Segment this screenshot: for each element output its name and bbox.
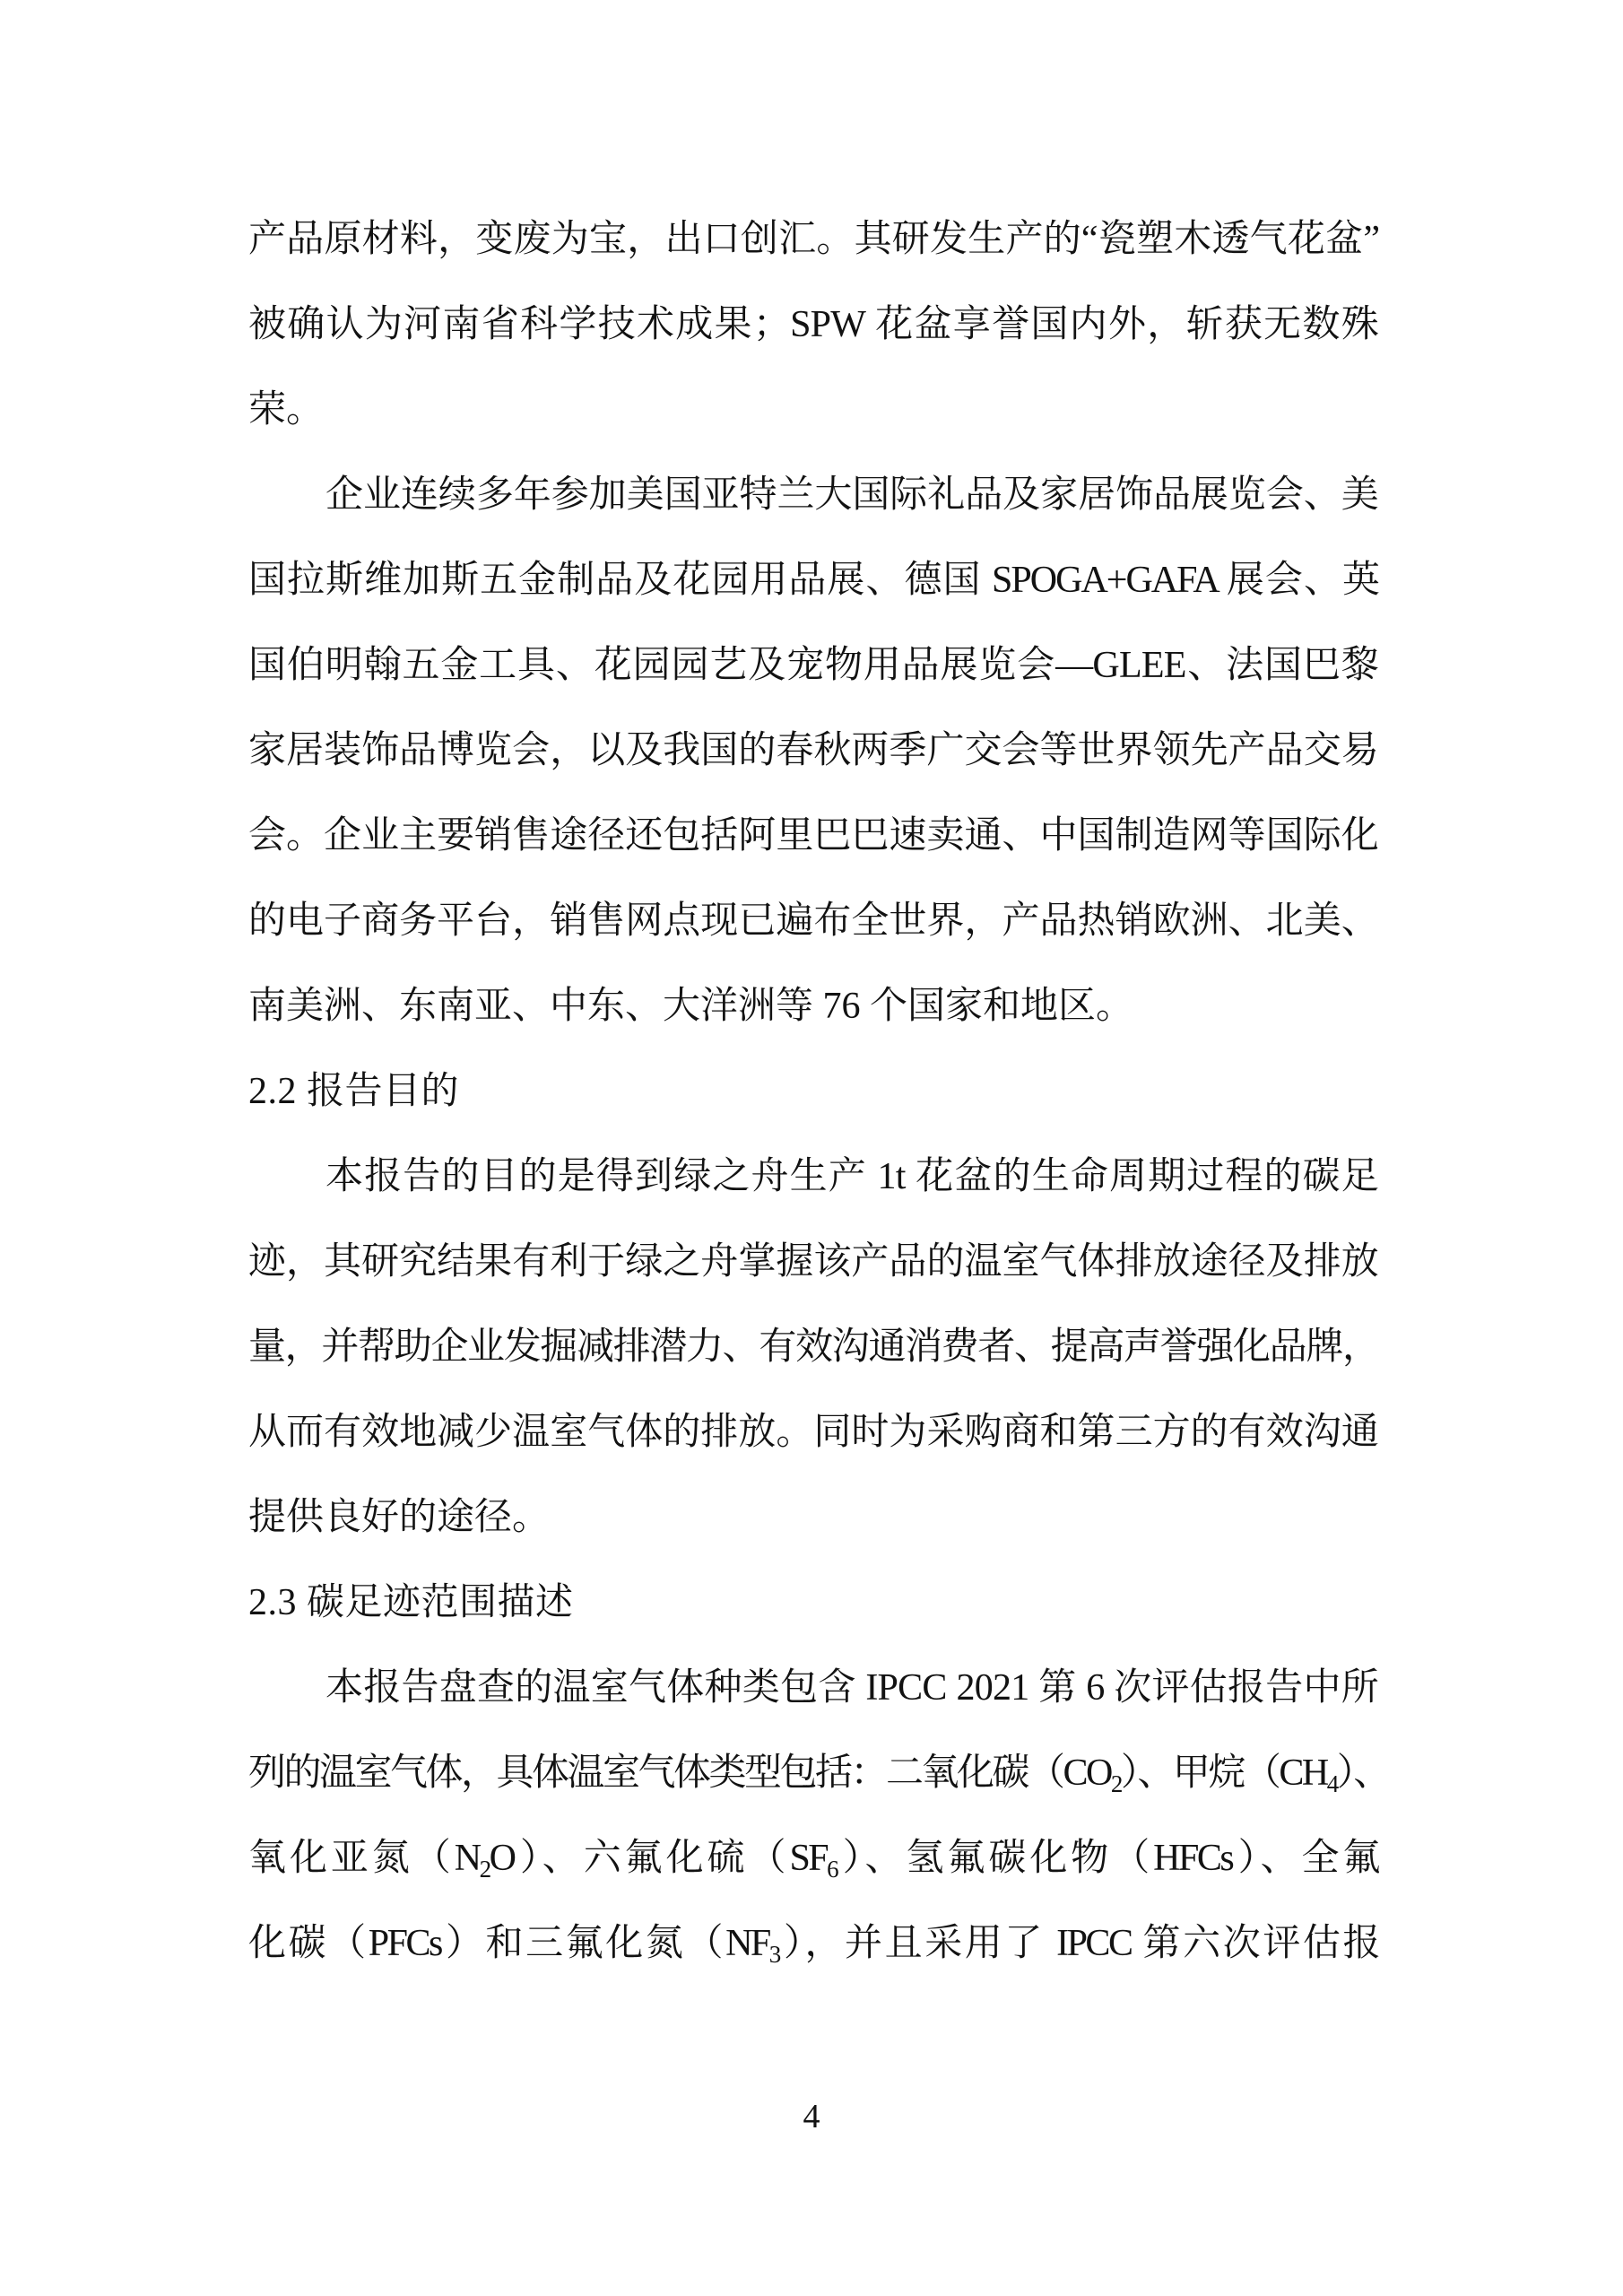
- text-line: 产品原材料，变废为宝，出口创汇。其研发生产的“瓷塑木透气花盆”: [248, 197, 1378, 283]
- text-segment: O）、六氟化硫（SF: [490, 1838, 828, 1879]
- text-line: 本报告的目的是得到绿之舟生产 1t 花盆的生命周期过程的碳足: [248, 1135, 1378, 1220]
- text-line: 家居装饰品博览会，以及我国的春秋两季广交会等世界领先产品交易: [248, 709, 1378, 794]
- text-line: 化碳（PFCs）和三氟化氮（NF3），并且采用了 IPCC 第六次评估报: [248, 1901, 1378, 1987]
- text-segment: 产品原材料，变废为宝，出口创汇。其研发生产的“瓷塑木透气花盆”: [248, 219, 1378, 260]
- text-line: 迹，其研究结果有利于绿之舟掌握该产品的温室气体排放途径及排放: [248, 1220, 1378, 1305]
- text-segment: 量，并帮助企业发掘减排潜力、有效沟通消费者、提高声誉强化品牌，: [248, 1326, 1378, 1368]
- text-line: 量，并帮助企业发掘减排潜力、有效沟通消费者、提高声誉强化品牌，: [248, 1305, 1378, 1390]
- text-segment: ），并且采用了 IPCC 第六次评估报: [779, 1923, 1378, 1964]
- text-segment: 企业连续多年参加美国亚特兰大国际礼品及家居饰品展览会、美: [325, 474, 1378, 516]
- text-segment: ）、甲烷（CH: [1121, 1752, 1327, 1794]
- text-segment: 的电子商务平台，销售网点现已遍布全世界，产品热销欧洲、北美、: [248, 900, 1378, 942]
- text-line: 被确认为河南省科学技术成果；SPW 花盆享誉国内外，斩获无数殊: [248, 283, 1378, 368]
- text-segment: 被确认为河南省科学技术成果；SPW 花盆享誉国内外，斩获无数殊: [248, 304, 1378, 345]
- text-line: 国伯明翰五金工具、花园园艺及宠物用品展览会—GLEE、法国巴黎: [248, 623, 1378, 709]
- page-number: 4: [0, 2095, 1623, 2138]
- text-segment: 会。企业主要销售途径还包括阿里巴巴速卖通、中国制造网等国际化: [248, 815, 1378, 857]
- text-segment: 从而有效地减少温室气体的排放。同时为采购商和第三方的有效沟通: [248, 1412, 1378, 1453]
- text-segment: 2.3 碳足迹范围描述: [248, 1582, 574, 1623]
- document-text-block: 产品原材料，变废为宝，出口创汇。其研发生产的“瓷塑木透气花盆”被确认为河南省科学…: [248, 197, 1378, 1987]
- text-line: 从而有效地减少温室气体的排放。同时为采购商和第三方的有效沟通: [248, 1390, 1378, 1475]
- text-line: 氧化亚氮（N2O）、六氟化硫（SF6）、氢氟碳化物（HFCs）、全氟: [248, 1816, 1378, 1901]
- text-line: 企业连续多年参加美国亚特兰大国际礼品及家居饰品展览会、美: [248, 453, 1378, 538]
- text-segment: 南美洲、东南亚、中东、大洋洲等 76 个国家和地区。: [248, 986, 1133, 1027]
- subscript-text: 2: [1111, 1770, 1121, 1797]
- text-segment: ）、氢氟碳化物（HFCs）、全氟: [837, 1838, 1378, 1879]
- text-segment: 本报告的目的是得到绿之舟生产 1t 花盆的生命周期过程的碳足: [325, 1156, 1378, 1197]
- text-segment: 国拉斯维加斯五金制品及花园用品展、德国 SPOGA+GAFA 展会、英: [248, 560, 1378, 601]
- text-segment: 列的温室气体，具体温室气体类型包括：二氧化碳（CO: [248, 1752, 1111, 1794]
- text-line: 会。企业主要销售途径还包括阿里巴巴速卖通、中国制造网等国际化: [248, 794, 1378, 879]
- text-segment: 家居装饰品博览会，以及我国的春秋两季广交会等世界领先产品交易: [248, 730, 1378, 771]
- text-segment: 2.2 报告目的: [248, 1071, 459, 1112]
- text-segment: ）、: [1337, 1752, 1389, 1794]
- section-heading-2-2: 2.2 报告目的: [248, 1049, 1378, 1135]
- document-page: 产品原材料，变废为宝，出口创汇。其研发生产的“瓷塑木透气花盆”被确认为河南省科学…: [0, 0, 1623, 2296]
- text-line: 的电子商务平台，销售网点现已遍布全世界，产品热销欧洲、北美、: [248, 879, 1378, 964]
- subscript-text: 3: [769, 1941, 779, 1968]
- text-line: 列的温室气体，具体温室气体类型包括：二氧化碳（CO2）、甲烷（CH4）、: [248, 1731, 1378, 1816]
- subscript-text: 4: [1327, 1770, 1337, 1797]
- text-segment: 迹，其研究结果有利于绿之舟掌握该产品的温室气体排放途径及排放: [248, 1241, 1378, 1283]
- subscript-text: 2: [480, 1856, 490, 1883]
- text-line: 荣。: [248, 368, 1378, 453]
- text-segment: 本报告盘查的温室气体种类包含 IPCC 2021 第 6 次评估报告中所: [325, 1667, 1378, 1709]
- text-line: 本报告盘查的温室气体种类包含 IPCC 2021 第 6 次评估报告中所: [248, 1646, 1378, 1731]
- subscript-text: 6: [827, 1856, 837, 1883]
- text-line: 国拉斯维加斯五金制品及花园用品展、德国 SPOGA+GAFA 展会、英: [248, 538, 1378, 623]
- section-heading-2-3: 2.3 碳足迹范围描述: [248, 1561, 1378, 1646]
- text-segment: 国伯明翰五金工具、花园园艺及宠物用品展览会—GLEE、法国巴黎: [248, 645, 1378, 686]
- text-segment: 提供良好的途径。: [248, 1497, 550, 1538]
- text-segment: 氧化亚氮（N: [248, 1838, 480, 1879]
- text-segment: 荣。: [248, 389, 324, 430]
- text-line: 南美洲、东南亚、中东、大洋洲等 76 个国家和地区。: [248, 964, 1378, 1049]
- text-segment: 化碳（PFCs）和三氟化氮（NF: [248, 1923, 769, 1964]
- text-line: 提供良好的途径。: [248, 1475, 1378, 1561]
